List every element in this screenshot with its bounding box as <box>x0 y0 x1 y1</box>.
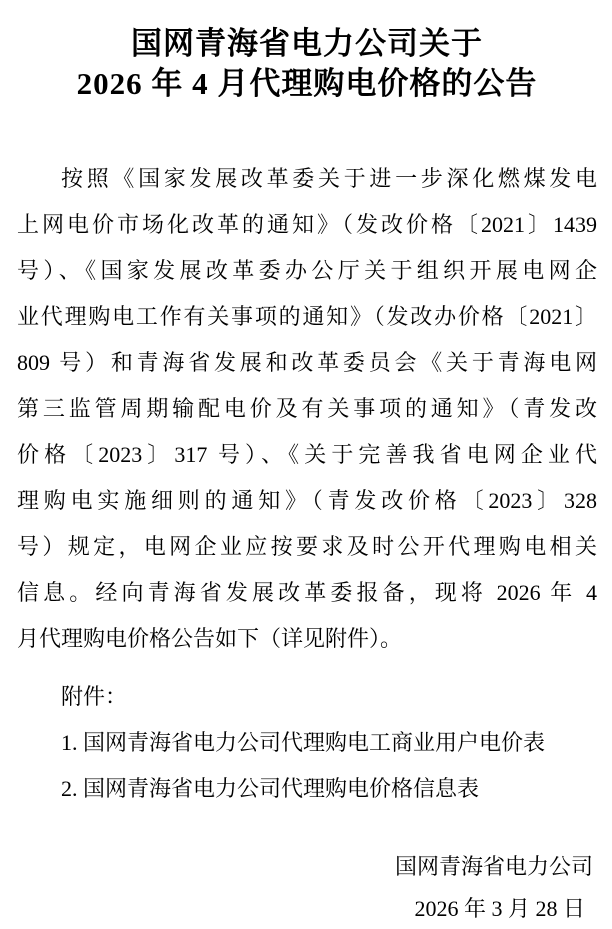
title-line-1: 国网青海省电力公司关于 <box>17 24 597 64</box>
signature-block: 国网青海省电力公司 2026 年 3 月 28 日 <box>17 846 597 929</box>
body-line: 价格〔2023〕317 号）、《关于完善我省电网企业代 <box>17 432 597 478</box>
body-line: 号）、《国家发展改革委办公厅关于组织开展电网企 <box>17 248 597 294</box>
attachments-label: 附件： <box>61 674 597 720</box>
body-line: 号）规定，电网企业应按要求及时公开代理购电相关 <box>17 524 597 570</box>
body-line: 上网电价市场化改革的通知》（发改价格〔2021〕1439 <box>17 202 597 248</box>
body-line: 业代理购电工作有关事项的通知》（发改办价格〔2021〕 <box>17 294 597 340</box>
attachments-section: 附件： 1. 国网青海省电力公司代理购电工商业用户电价表 2. 国网青海省电力公… <box>17 674 597 812</box>
title-line-2: 2026 年 4 月代理购电价格的公告 <box>17 64 597 104</box>
signature-company: 国网青海省电力公司 <box>17 846 597 888</box>
attachment-item: 2. 国网青海省电力公司代理购电价格信息表 <box>61 766 597 812</box>
attachment-item: 1. 国网青海省电力公司代理购电工商业用户电价表 <box>61 720 597 766</box>
body-line: 月代理购电价格公告如下（详见附件）。 <box>17 616 597 662</box>
document-title: 国网青海省电力公司关于 2026 年 4 月代理购电价格的公告 <box>17 24 597 104</box>
body-line: 按照《国家发展改革委关于进一步深化燃煤发电 <box>17 156 597 202</box>
body-line: 第三监管周期输配电价及有关事项的通知》（青发改 <box>17 386 597 432</box>
signature-date: 2026 年 3 月 28 日 <box>17 888 597 929</box>
body-line: 理购电实施细则的通知》（青发改价格〔2023〕328 <box>17 478 597 524</box>
document-body: 按照《国家发展改革委关于进一步深化燃煤发电 上网电价市场化改革的通知》（发改价格… <box>17 156 597 662</box>
document-page: 国网青海省电力公司关于 2026 年 4 月代理购电价格的公告 按照《国家发展改… <box>0 0 612 929</box>
body-line: 809 号）和青海省发展和改革委员会《关于青海电网 <box>17 340 597 386</box>
body-line: 信息。经向青海省发展改革委报备，现将 2026 年 4 <box>17 570 597 616</box>
